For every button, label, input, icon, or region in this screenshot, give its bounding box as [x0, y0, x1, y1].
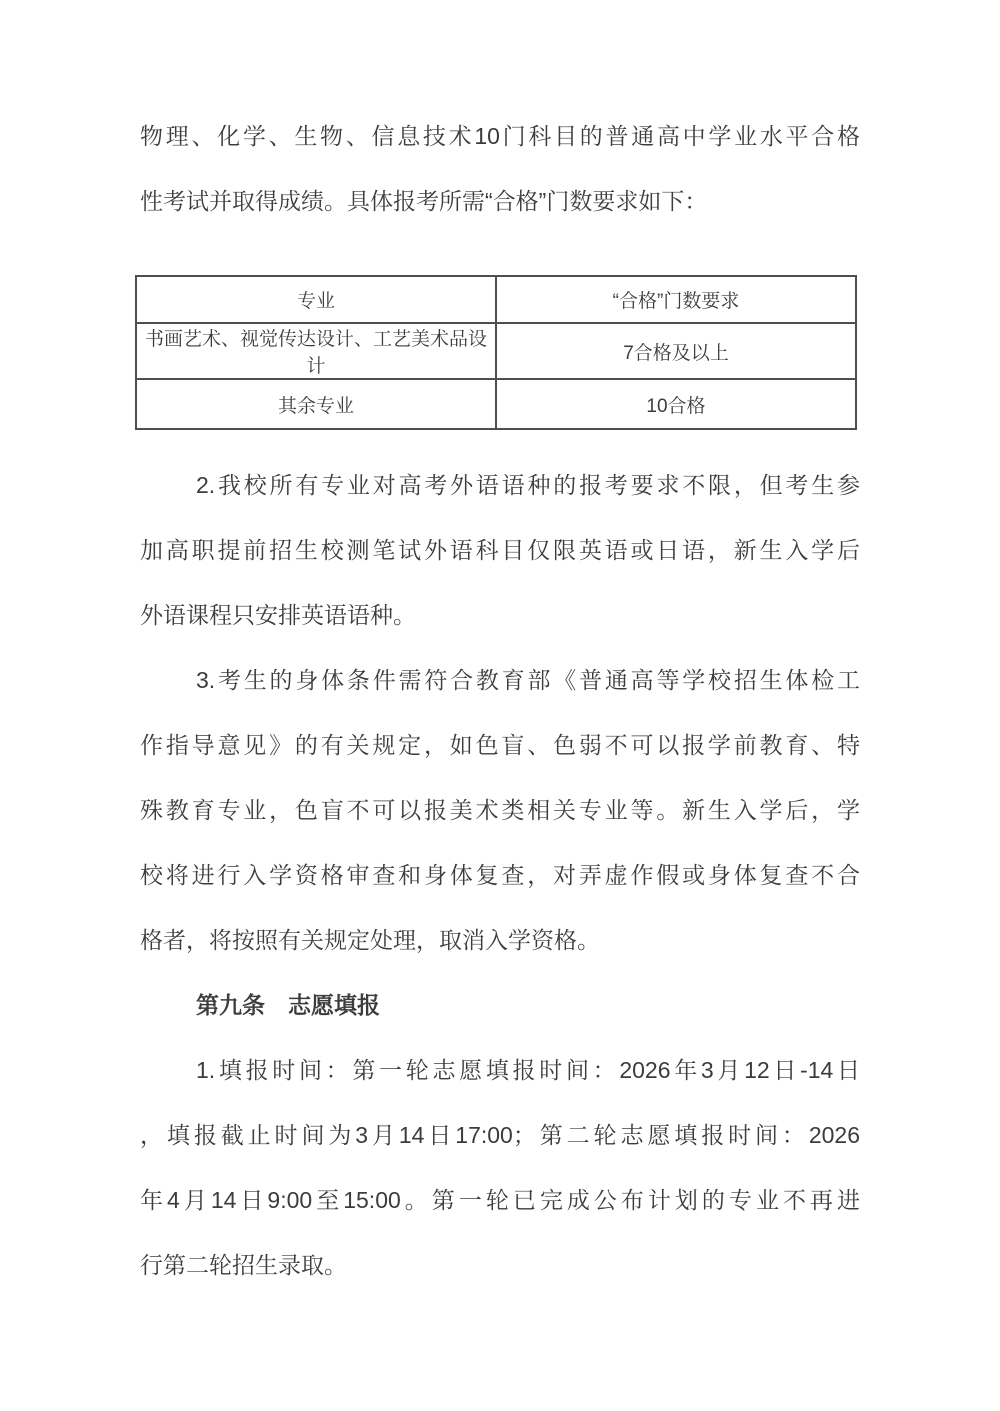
document-page: 物理、化学、生物、信息技术10门科目的普通高中学业水平合格 性考试并取得成绩。具…	[0, 0, 1000, 1411]
paragraph-application-schedule: 1.填报时间：第一轮志愿填报时间：2026年3月12日-14日 ，填报截止时间为…	[140, 1038, 860, 1298]
table-cell-requirement: 10合格	[496, 379, 856, 429]
text-line: 外语课程只安排英语语种。	[140, 583, 860, 648]
text-line: 1.填报时间：第一轮志愿填报时间：2026年3月12日-14日	[140, 1038, 860, 1103]
article-9-heading: 第九条 志愿填报	[140, 973, 860, 1038]
text-line: 加高职提前招生校测笔试外语科目仅限英语或日语，新生入学后	[140, 518, 860, 583]
paragraph-physical-condition: 3.考生的身体条件需符合教育部《普通高等学校招生体检工 作指导意见》的有关规定，…	[140, 648, 860, 973]
table-cell-requirement: 7合格及以上	[496, 323, 856, 379]
paragraph-foreign-language: 2.我校所有专业对高考外语语种的报考要求不限，但考生参 加高职提前招生校测笔试外…	[140, 453, 860, 648]
text-line: 校将进行入学资格审查和身体复查，对弄虚作假或身体复查不合	[140, 843, 860, 908]
text-line: 3.考生的身体条件需符合教育部《普通高等学校招生体检工	[140, 648, 860, 713]
text-line: ，填报截止时间为3月14日17:00；第二轮志愿填报时间：2026	[140, 1103, 860, 1168]
table-header-pass-count: “合格”门数要求	[496, 276, 856, 323]
text-line: 行第二轮招生录取。	[140, 1233, 860, 1298]
table-header-major: 专业	[136, 276, 496, 323]
paragraph-exam-eligibility: 物理、化学、生物、信息技术10门科目的普通高中学业水平合格 性考试并取得成绩。具…	[140, 104, 860, 234]
requirements-table: 专业 “合格”门数要求 书画艺术、视觉传达设计、工艺美术品设计 7合格及以上 其…	[135, 275, 857, 430]
table-cell-major: 书画艺术、视觉传达设计、工艺美术品设计	[136, 323, 496, 379]
table-header-row: 专业 “合格”门数要求	[136, 276, 856, 323]
text-line: 殊教育专业，色盲不可以报美术类相关专业等。新生入学后，学	[140, 778, 860, 843]
text-line: 2.我校所有专业对高考外语语种的报考要求不限，但考生参	[140, 453, 860, 518]
table-cell-major: 其余专业	[136, 379, 496, 429]
text-line: 作指导意见》的有关规定，如色盲、色弱不可以报学前教育、特	[140, 713, 860, 778]
text-line: 格者，将按照有关规定处理，取消入学资格。	[140, 908, 860, 973]
table-row: 其余专业 10合格	[136, 379, 856, 429]
text-line: 性考试并取得成绩。具体报考所需“合格”门数要求如下：	[140, 169, 860, 234]
table-row: 书画艺术、视觉传达设计、工艺美术品设计 7合格及以上	[136, 323, 856, 379]
text-line: 物理、化学、生物、信息技术10门科目的普通高中学业水平合格	[140, 104, 860, 169]
text-line: 年4月14日9:00至15:00。第一轮已完成公布计划的专业不再进	[140, 1168, 860, 1233]
